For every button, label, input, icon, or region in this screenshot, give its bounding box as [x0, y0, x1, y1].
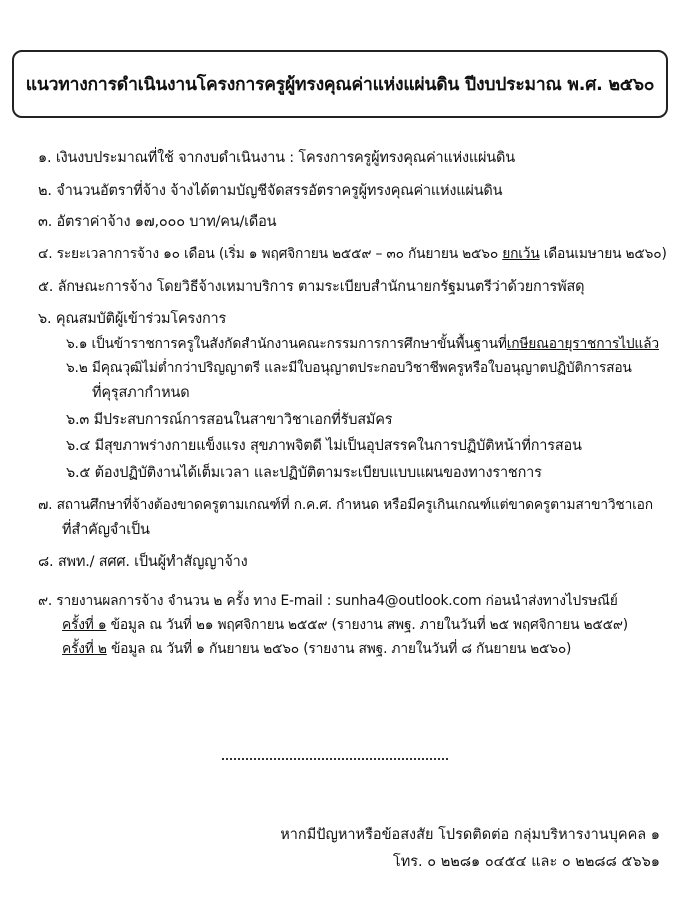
item-number: ๓.	[38, 214, 52, 230]
document-title: แนวทางการดำเนินงานโครงการครูผู้ทรงคุณค่า…	[26, 70, 654, 98]
item-6-3: ๖.๓ มีประสบการณ์การสอนในสาขาวิชาเอกที่รั…	[66, 408, 392, 431]
item-5: ๕. ลักษณะการจ้าง โดยวิธีจ้างเหมาบริการ ต…	[38, 275, 584, 298]
item-number: ๖.๑	[66, 336, 87, 352]
item-6-2: ๖.๒ มีคุณวุฒิไม่ต่ำกว่าปริญญาตรี และมีใบ…	[66, 357, 632, 379]
item-text: มีคุณวุฒิไม่ต่ำกว่าปริญญาตรี และมีใบอนุญ…	[92, 360, 632, 376]
contact-line-1: หากมีปัญหาหรือข้อสงสัย โปรดติดต่อ กลุ่มบ…	[280, 823, 660, 846]
item-text: ลักษณะการจ้าง โดยวิธีจ้างเหมาบริการ ตามร…	[58, 279, 585, 295]
item-8: ๘. สพท./ สศศ. เป็นผู้ทำสัญญาจ้าง	[38, 550, 247, 573]
item-6-1: ๖.๑ เป็นข้าราชการครูในสังกัดสำนักงานคณะก…	[66, 333, 659, 355]
dotted-divider	[222, 758, 448, 760]
item-text: มีสุขภาพร่างกายแข็งแรง สุขภาพจิตดี ไม่เป…	[95, 438, 582, 454]
contact-phone: โทร. ๐ ๒๒๘๑ ๐๔๕๔ และ ๐ ๒๒๘๘ ๕๖๖๑	[393, 850, 660, 873]
item-number: ๕.	[38, 279, 53, 295]
item-number: ๗.	[38, 497, 52, 513]
round-label: ครั้งที่ ๑	[62, 617, 106, 633]
item-7-continued: ที่สำคัญจำเป็น	[62, 518, 150, 541]
round-text: ข้อมูล ณ วันที่ ๒๑ พฤศจิกายน ๒๕๕๙ (รายงา…	[106, 617, 628, 633]
item-9-round-2: ครั้งที่ ๒ ข้อมูล ณ วันที่ ๑ กันยายน ๒๕๖…	[62, 638, 571, 660]
item-text-underlined: เกษียณอายุราชการไปแล้ว	[507, 336, 659, 352]
item-text-underlined: ยกเว้น	[502, 246, 539, 262]
item-6-5: ๖.๕ ต้องปฏิบัติงานได้เต็มเวลา และปฏิบัติ…	[66, 461, 542, 484]
item-text: อัตราค่าจ้าง ๑๗,๐๐๐ บาท/คน/เดือน	[57, 214, 277, 230]
item-number: ๖.๓	[66, 412, 89, 428]
item-9: ๙. รายงานผลการจ้าง จำนวน ๒ ครั้ง ทาง E-m…	[38, 590, 618, 612]
item-6-4: ๖.๔ มีสุขภาพร่างกายแข็งแรง สุขภาพจิตดี ไ…	[66, 434, 582, 457]
item-text: ต้องปฏิบัติงานได้เต็มเวลา และปฏิบัติตามร…	[95, 465, 542, 481]
item-number: ๖.๒	[66, 360, 88, 376]
item-1: ๑. เงินงบประมาณที่ใช้ จากงบดำเนินงาน : โ…	[38, 146, 515, 169]
item-number: ๑.	[38, 150, 51, 166]
item-text: มีประสบการณ์การสอนในสาขาวิชาเอกที่รับสมั…	[94, 412, 393, 428]
item-text: คุณสมบัติผู้เข้าร่วมโครงการ	[56, 311, 226, 327]
item-3: ๓. อัตราค่าจ้าง ๑๗,๐๐๐ บาท/คน/เดือน	[38, 210, 276, 233]
item-number: ๒.	[38, 183, 52, 199]
item-7: ๗. สถานศึกษาที่จ้างต้องขาดครูตามเกณฑ์ที่…	[38, 494, 653, 516]
item-text: เป็นข้าราชการครูในสังกัดสำนักงานคณะกรรมก…	[92, 336, 507, 352]
item-number: ๔.	[38, 246, 52, 262]
item-9-round-1: ครั้งที่ ๑ ข้อมูล ณ วันที่ ๒๑ พฤศจิกายน …	[62, 614, 628, 636]
item-text: เดือนเมษายน ๒๕๖๐)	[540, 246, 667, 262]
item-6: ๖. คุณสมบัติผู้เข้าร่วมโครงการ	[38, 307, 226, 330]
item-4: ๔. ระยะเวลาการจ้าง ๑๐ เดือน (เริ่ม ๑ พฤศ…	[38, 243, 667, 265]
item-text: สพท./ สศศ. เป็นผู้ทำสัญญาจ้าง	[58, 554, 248, 570]
item-2: ๒. จำนวนอัตราที่จ้าง จ้างได้ตามบัญชีจัดส…	[38, 179, 502, 202]
title-box: แนวทางการดำเนินงานโครงการครูผู้ทรงคุณค่า…	[12, 50, 668, 118]
round-text: ข้อมูล ณ วันที่ ๑ กันยายน ๒๕๖๐ (รายงาน ส…	[107, 641, 571, 657]
item-number: ๖.๔	[66, 438, 90, 454]
item-number: ๘.	[38, 554, 53, 570]
item-6-2-continued: ที่คุรุสภากำหนด	[92, 381, 189, 404]
round-label: ครั้งที่ ๒	[62, 641, 107, 657]
item-text: ระยะเวลาการจ้าง ๑๐ เดือน (เริ่ม ๑ พฤศจิก…	[57, 246, 503, 262]
item-number: ๖.	[38, 311, 51, 327]
item-text: รายงานผลการจ้าง จำนวน ๒ ครั้ง ทาง E-mail…	[56, 593, 617, 609]
item-number: ๖.๕	[66, 465, 90, 481]
item-text: จำนวนอัตราที่จ้าง จ้างได้ตามบัญชีจัดสรรอ…	[56, 183, 502, 199]
item-text: สถานศึกษาที่จ้างต้องขาดครูตามเกณฑ์ที่ ก.…	[57, 497, 653, 513]
item-text: เงินงบประมาณที่ใช้ จากงบดำเนินงาน : โครง…	[56, 150, 515, 166]
item-number: ๙.	[38, 593, 52, 609]
